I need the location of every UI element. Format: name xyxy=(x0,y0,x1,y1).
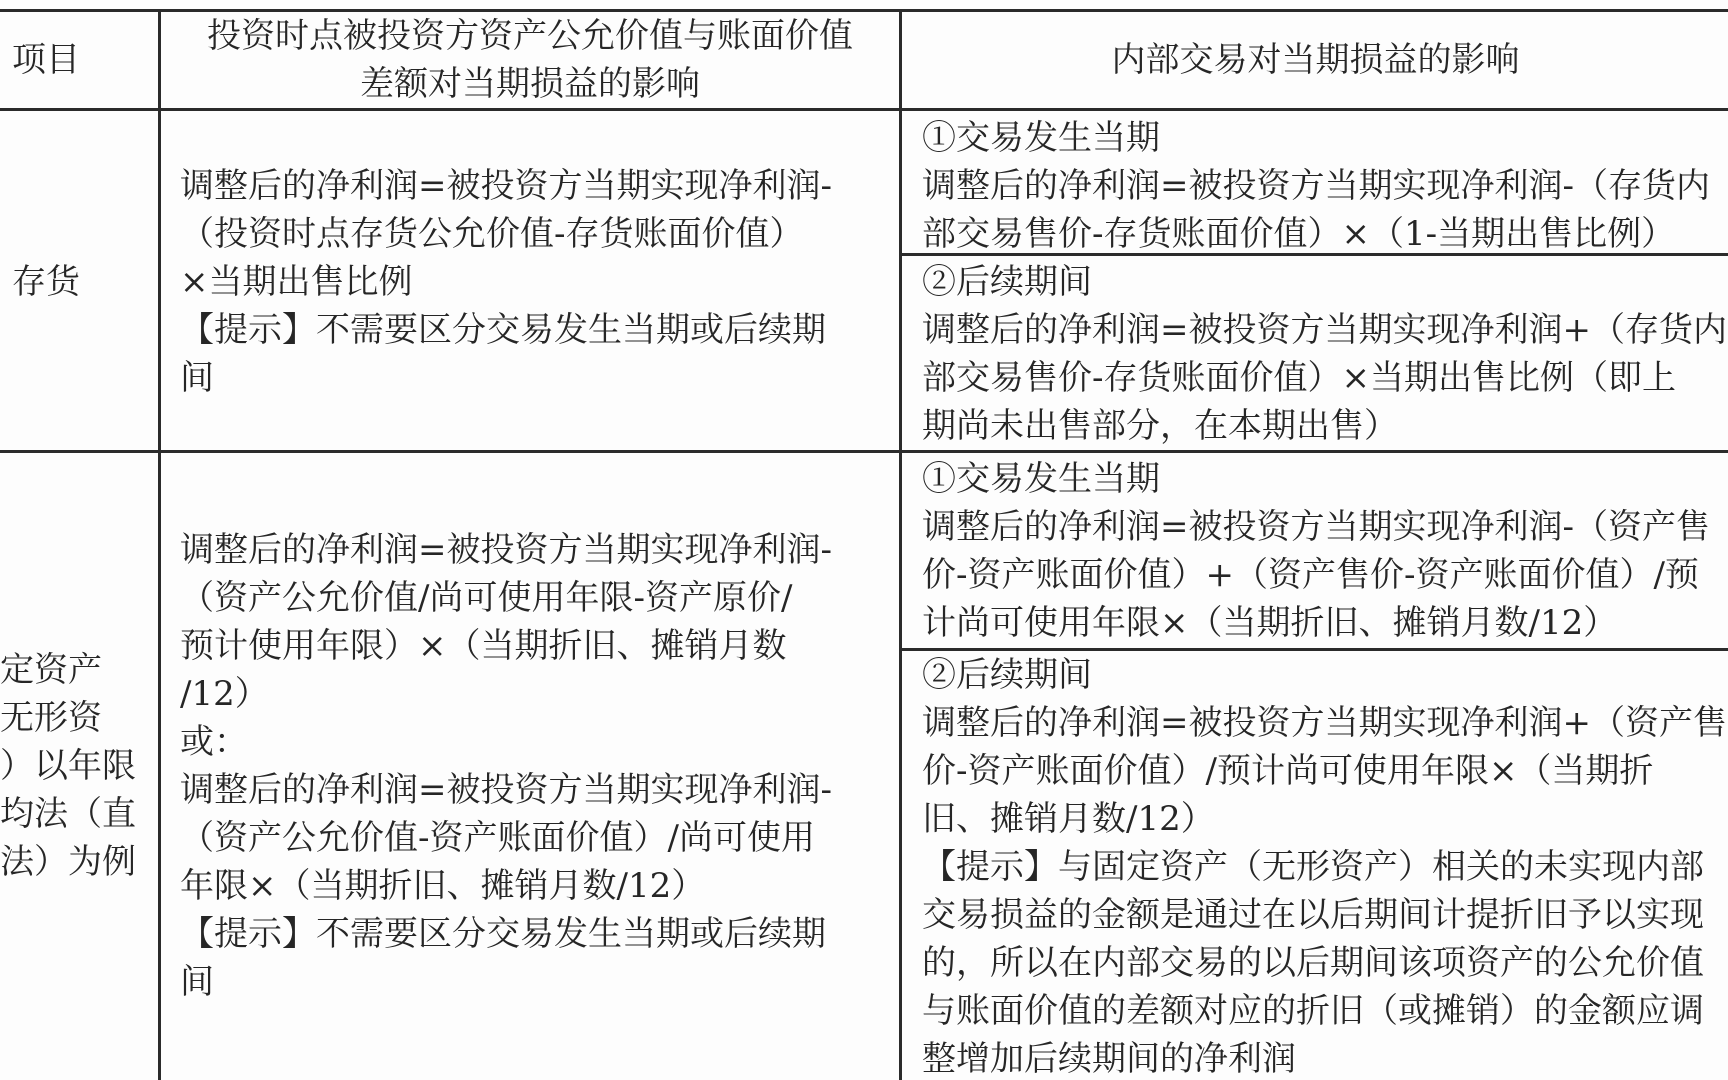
section-title: ①交易发生当期 xyxy=(922,114,1710,162)
text-line: 价-资产账面价值）/预计尚可使用年限×（当期折 xyxy=(922,747,1727,795)
row-fixed-asset-item: 固定资产 （无形资 产）以年限 平均法（直 线法）为例 xyxy=(0,646,136,886)
text-line: 部交易售价-存货账面价值）×当期出售比例（即上 xyxy=(922,354,1727,402)
text-line: 调整后的净利润=被投资方当期实现净利润+（资产售 xyxy=(922,699,1727,747)
text-line: （投资时点存货公允价值-存货账面价值） xyxy=(180,210,832,258)
text-line: 调整后的净利润=被投资方当期实现净利润- xyxy=(180,526,832,574)
text-line: 调整后的净利润=被投资方当期实现净利润-（存货内 xyxy=(922,162,1710,210)
text-line: 间 xyxy=(180,958,832,1006)
text-line: ×当期出售比例 xyxy=(180,258,832,306)
row-inventory-internal-current: ①交易发生当期 调整后的净利润=被投资方当期实现净利润-（存货内 部交易售价-存… xyxy=(922,114,1710,258)
text-line: （资产公允价值-资产账面价值）/尚可使用 xyxy=(180,814,832,862)
text-line: 调整后的净利润=被投资方当期实现净利润- xyxy=(180,766,832,814)
section-title: ②后续期间 xyxy=(922,651,1727,699)
row-fixed-asset-internal-current: ①交易发生当期 调整后的净利润=被投资方当期实现净利润-（资产售 价-资产账面价… xyxy=(922,455,1710,647)
header-internal-label: 内部交易对当期损益的影响 xyxy=(903,36,1728,84)
row-item-label: 固定资产 xyxy=(0,646,136,694)
section-title: ①交易发生当期 xyxy=(922,455,1710,503)
text-line: 整增加后续期间的净利润 xyxy=(922,1035,1727,1080)
text-line: 调整后的净利润=被投资方当期实现净利润- xyxy=(180,162,832,210)
text-line: 【提示】不需要区分交易发生当期或后续期 xyxy=(180,910,832,958)
text-line: /12） xyxy=(180,670,832,718)
text-line: 调整后的净利润=被投资方当期实现净利润+（存货内 xyxy=(922,306,1727,354)
header-item-label: 项目 xyxy=(12,36,80,84)
header-fair-value-line: 投资时点被投资方资产公允价值与账面价值 xyxy=(162,12,898,60)
row-item-label: （无形资 xyxy=(0,694,136,742)
row-inventory-item: 存货 xyxy=(12,258,80,306)
row-item-label: 产）以年限 xyxy=(0,742,136,790)
text-line: 的，所以在内部交易的以后期间该项资产的公允价值 xyxy=(922,939,1727,987)
header-item: 项目 xyxy=(12,36,80,84)
text-line: 价-资产账面价值）+（资产售价-资产账面价值）/预 xyxy=(922,551,1710,599)
text-line: 与账面价值的差额对应的折旧（或摊销）的金额应调 xyxy=(922,987,1727,1035)
header-bottom-border xyxy=(0,108,1728,111)
text-line: 【提示】与固定资产（无形资产）相关的未实现内部 xyxy=(922,843,1727,891)
text-line: 或： xyxy=(180,718,832,766)
row-item-label: 平均法（直 xyxy=(0,790,136,838)
header-fair-value-line: 差额对当期损益的影响 xyxy=(162,60,898,108)
text-line: 期尚未出售部分，在本期出售） xyxy=(922,402,1727,450)
col2-divider xyxy=(899,9,902,1080)
text-line: 【提示】不需要区分交易发生当期或后续期 xyxy=(180,306,832,354)
text-line: 部交易售价-存货账面价值）×（1-当期出售比例） xyxy=(922,210,1710,258)
row-inventory-fair-value: 调整后的净利润=被投资方当期实现净利润- （投资时点存货公允价值-存货账面价值）… xyxy=(180,162,832,402)
text-line: 预计使用年限）×（当期折旧、摊销月数 xyxy=(180,622,832,670)
text-line: 间 xyxy=(180,354,832,402)
text-line: 调整后的净利润=被投资方当期实现净利润-（资产售 xyxy=(922,503,1710,551)
row-item-label: 存货 xyxy=(12,258,80,306)
row-fixed-asset-internal-subsequent: ②后续期间 调整后的净利润=被投资方当期实现净利润+（资产售 价-资产账面价值）… xyxy=(922,651,1727,1080)
col1-divider xyxy=(158,9,161,1080)
row-inventory-internal-subsequent: ②后续期间 调整后的净利润=被投资方当期实现净利润+（存货内 部交易售价-存货账… xyxy=(922,258,1727,450)
text-line: 计尚可使用年限×（当期折旧、摊销月数/12） xyxy=(922,599,1710,647)
row-fixed-asset-fair-value: 调整后的净利润=被投资方当期实现净利润- （资产公允价值/尚可使用年限-资产原价… xyxy=(180,526,832,1006)
text-line: （资产公允价值/尚可使用年限-资产原价/ xyxy=(180,574,832,622)
text-line: 旧、摊销月数/12） xyxy=(922,795,1727,843)
row1-bottom-border xyxy=(0,450,1728,453)
text-line: 年限×（当期折旧、摊销月数/12） xyxy=(180,862,832,910)
header-internal: 内部交易对当期损益的影响 xyxy=(903,36,1728,84)
row-item-label: 线法）为例 xyxy=(0,838,136,886)
section-title: ②后续期间 xyxy=(922,258,1727,306)
header-fair-value: 投资时点被投资方资产公允价值与账面价值 差额对当期损益的影响 xyxy=(162,12,898,108)
text-line: 交易损益的金额是通过在以后期间计提折旧予以实现 xyxy=(922,891,1727,939)
